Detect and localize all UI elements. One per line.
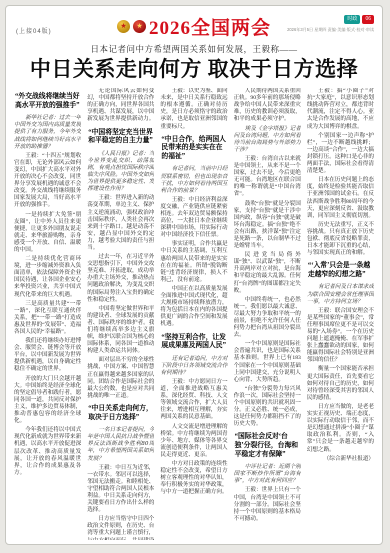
section-subhead: “‘入常’只会是一条越走越窄的幻想之路” xyxy=(308,262,373,279)
body-paragraph: 中国终将统一，也必然统一。我们愿以最大诚意、尽最大努力争取和平统一的前景，但绝不… xyxy=(234,297,301,340)
section-subhead: “国际社会反对‘台独’分裂行径，台海和平稳定才有保障” xyxy=(235,433,300,459)
reporter-question: 一名日本记者提问，今年是中国人民抗日战争暨世界反法西斯战争胜利80周年，中方希望… xyxy=(87,427,154,462)
body-paragraph: 今年我们还将以中国式现代化新成就为世界带来新机遇，以高水平开放促进深层次改革、推… xyxy=(14,427,81,477)
body-paragraph: 无论国际风云如何变幻，中国都将坚持开放合作的正确方向，同世界各国共享机遇、共谋发… xyxy=(87,88,154,123)
body-paragraph: 中方对日政策的连续性稳定性不会改变，希望日方树立客观理性的对华认知，奉行积极务实… xyxy=(160,461,227,496)
section-badge[interactable]: 时政 xyxy=(344,15,360,24)
reporter-question: 有记者问，当前中日经贸联系密切，但也出现杂音干扰，中方如何看待两国互利合作的前景… xyxy=(160,166,227,194)
body-paragraph: 王毅：中方愿同日方一道，全面推进战略互惠关系，深化经贸、科技、人文等领域交流合作… xyxy=(160,379,227,422)
section-subhead: “外交战线将继续当好高水平开放的强推手” xyxy=(15,93,80,110)
body-paragraph: 王毅：中日互为近邻，一衣带水。邻居可以选择，邻国无法搬走。和睦相处、守望相助符合… xyxy=(87,465,154,515)
body-paragraph: 王毅：世界进入新的动荡变革期，单边主义、保护主义逆流涌动，强权政治冲击国际秩序，… xyxy=(87,195,154,252)
body-paragraph: 日本在历史问题上的态度，始终是检验其能否取信于亚洲邻国的试金石。在反法西斯战争胜… xyxy=(307,177,374,220)
body-paragraph: 王毅：中日经济利益深度交融，产业链供应链紧密相连。去年双边贸易额保持高位，一大批… xyxy=(160,197,227,240)
body-paragraph: 中国正在以高质量发展全面推进中国式现代化，超大规模市场持续释放潜力，将为包括日本… xyxy=(160,286,227,329)
body-paragraph: 王毅：世界上只有一个中国，台湾是中国领土不可分割的一部分。国际社会坚持一个中国原… xyxy=(234,487,301,522)
headline-kicker: 日本记者问中方希望两国关系如何发展，王毅称—— xyxy=(14,43,374,55)
body-paragraph: 一个中国原则是国际社会普遍共识，也是国际关系基本准则。世界上已有183个国家在一… xyxy=(234,341,301,384)
body-paragraph: 中国将坚定做世界和平的建设者、全球发展的贡献者、国际秩序的维护者。我们将继续高举… xyxy=(87,306,154,356)
body-paragraph: 历史无法重写，正义不容挑战。只有真正放下历史包袱、彻底反省侵略罪责，日本才能卸下… xyxy=(307,222,374,257)
body-paragraph: 人文交流是增进理解的桥梁。中方将继续为两国青少年、地方、媒体等各界交流创造便利条… xyxy=(160,424,227,459)
body-paragraph: 王毅：以史为鉴、面向未来，是中日关系行稳致远的根本遵循。正确对待历史，是日方必须… xyxy=(160,88,227,131)
body-paragraph: 衡量一个国家能否承担更大国际责任，首先要看它如何对待自己的历史，如何对待曾经深受… xyxy=(307,366,374,401)
body-paragraph: “台独”分裂势力每兴风作浪一次，国际社会坚持一个中国原则的共识就巩固一分。正义必… xyxy=(234,386,301,429)
text-column: 王毅：搞“小圈子”对抗“大家庭”，以意识形态划线挑动阵营对立，都违背时代潮流，注… xyxy=(307,88,374,540)
text-column: 无论国际风云如何变幻，中国都将坚持开放合作的正确方向，同世界各国共享机遇、共谋发… xyxy=(87,88,154,540)
body-paragraph: 鼓吹“台独”就是分裂国家，支持“台独”就是干涉中国内政，纵容“台独”就是破坏台海… xyxy=(234,201,301,251)
body-paragraph: 一是持续扩大免签“朋友圈”，让中外人员往来更便捷，让更多外国朋友说走就走、来华旅… xyxy=(14,212,81,255)
special-coverage-banner: ★ ★ 2026全国两会 xyxy=(117,13,271,40)
article-columns: “外交战线将继续当好高水平开放的强推手”新华社记者：过去一年中国外交为国内高质量… xyxy=(14,88,374,540)
text-column: “外交战线将继续当好高水平开放的强推手”新华社记者：过去一年中国外交为国内高质量… xyxy=(14,88,81,540)
reporter-question: 《人民日报》记者：当今世界变乱交织、动荡加剧，有观点担忧国际秩序面临失序风险。中… xyxy=(87,151,154,194)
reporter-question: 埃及《金字塔报》记者问及台湾问题，中方如何看待当前台海局势与外部势力干涉？ xyxy=(234,126,301,154)
body-paragraph: 人民期待两国关系重回正轨。90多年前的那场侵略战争给中国人民带来深重灾难，历史的… xyxy=(234,88,301,123)
reporter-question: 有记者问及日本谋求成为联合国安理会常任理事国一事，中方持何立场？ xyxy=(307,284,374,305)
section-subhead: “中日合作，给两国人民带来的是实实在在的福祉” xyxy=(161,136,226,162)
reporter-question: 还有记者追问，中方对下阶段中日各领域交流合作有何期待？ xyxy=(160,356,227,377)
section-subhead: “中国将坚定充当世界和平稳定的自主力量” xyxy=(88,129,153,146)
body-paragraph: 事实证明，合作共赢是中日关系的主基调，互利互惠给两国人民带来的是实实在在的福祉。… xyxy=(160,241,227,284)
continued-from-note: (上接04版) xyxy=(16,26,52,35)
main-headline: 中日关系走向何方 取决于日方选择 xyxy=(14,58,374,81)
text-column: 王毅：以史为鉴、面向未来，是中日关系行稳致远的根本遵循。正确对待历史，是日方必须… xyxy=(160,88,227,540)
body-paragraph: 三是高质量共建“一带一路”，深化互联互通伙伴关系，把“一带一路”打造成惠及世界的… xyxy=(14,301,81,336)
banner-title: 2026全国两会 xyxy=(149,13,271,40)
newspaper-page: (上接04版) ★ ★ 2026全国两会 时政 06 2026年3月5日 星期四… xyxy=(5,5,383,545)
body-paragraph: 过去一年，在习近平外交思想指引下，中国外交攻坚克难、开拓进取，成功举办重大主场外… xyxy=(87,254,154,304)
body-paragraph: 二是持续优化营商环境，进一步缩减外资准入负面清单，依法保障外资企业国民待遇，让各… xyxy=(14,256,81,299)
page-topbar: (上接04版) ★ ★ 2026全国两会 时政 06 2026年3月5日 星期四… xyxy=(14,12,374,42)
body-paragraph: 民进党当局倚外谋“独”、以武谋“独”，不断升高两岸对立对抗，是台海和平稳定的最大… xyxy=(234,252,301,295)
national-emblem-icon: ★ xyxy=(117,20,130,33)
body-paragraph: 日方应当恪守中日四个政治文件原则，在历史、台湾等重大问题上谨言慎行，与中方相向而… xyxy=(87,516,154,540)
text-column: 人民期待两国关系重回正轨。90多年前的那场侵略战争给中国人民带来深重灾难，历史的… xyxy=(234,88,301,540)
body-paragraph: 开放的大门只会越开越大。中国始终是经济全球化的坚定倡导者和践行者，愿同各国一道，… xyxy=(14,376,81,426)
section-subhead: “中日关系走向何方，取决于日方选择” xyxy=(88,405,153,422)
section-subhead: “坚持互利合作，让发展成果惠及两国人民” xyxy=(161,334,226,351)
body-paragraph: 王毅：搞“小圈子”对抗“大家庭”，以意识形态划线挑动阵营对立，都违背时代潮流，注… xyxy=(307,88,374,131)
reporter-question: 新华社记者：过去一年中国外交为国内高质量发展提供了有力服务，今年外交战线将如何继… xyxy=(14,115,81,150)
body-paragraph: 王毅：“十四五”规划收官在即，无论外部风云如何变幻，中国扩大高水平对外开放的决心… xyxy=(14,153,81,210)
dateline: 2026年3月5日 星期四 责编·美编·版式·校对·审读 xyxy=(287,27,374,33)
page-meta: 时政 06 2026年3月5日 星期四 责编·美编·版式·校对·审读 xyxy=(268,15,374,34)
reporter-question: 中评社记者：近期个别国家不断炒作所谓“台海有事”，中方对此有何回应？ xyxy=(234,464,301,485)
body-paragraph: 王毅：台湾自古以来就是中国领土，从来不是一个国家，过去不是，今后更绝无可能。台湾… xyxy=(234,156,301,199)
source-credit: （综合新华社报道） xyxy=(307,456,374,463)
lantern-icon: ★ xyxy=(133,20,146,33)
body-paragraph: 日方应当做的，是老老实实正视历史、端正态度，以实际行动取信于邻，而不是幻想通过拼… xyxy=(307,404,374,454)
body-paragraph: 个别国家一边声称“护栏”，一边不断越线挑衅；一边高谈“合作”，一边大搞封锁打压。… xyxy=(307,133,374,176)
body-paragraph: 我们还将继续办好进博会、服贸会、链博会等开放平台，以中国新发展为世界提供新机遇，… xyxy=(14,338,81,373)
body-paragraph: 王毅：联合国安理会不是某些国家的“董事会”，常任理事国席位更不是可以交易的“入场… xyxy=(307,308,374,365)
body-paragraph: 面对层出不穷的全球性挑战，中国方案、中国智慧正在赢得越来越多国家的认同。团结合作… xyxy=(87,357,154,400)
page-number-badge[interactable]: 06 xyxy=(362,15,374,24)
page-badges: 时政 06 xyxy=(268,15,374,24)
